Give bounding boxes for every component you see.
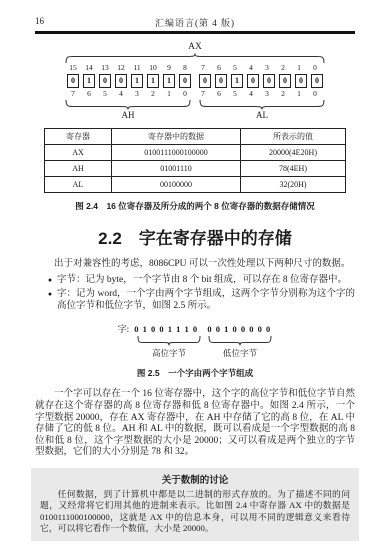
al-group: AL: [199, 100, 325, 120]
fig24-table: 寄存器 寄存器中的数据 所表示的值 AX 0100111000100000 20…: [44, 128, 346, 193]
low-byte-label: 低位字节: [208, 347, 272, 359]
cell-data: 00100000: [112, 176, 241, 192]
bit-index: 6: [211, 89, 227, 99]
bit-index: 8: [177, 63, 193, 73]
bit-index: 5: [227, 89, 243, 99]
bit-cell: 1: [163, 74, 175, 88]
high-byte-brace: [137, 336, 201, 346]
cell-register: AL: [45, 176, 112, 192]
bit-cell: 1: [83, 74, 95, 88]
fig24-caption: 图 2.4 16 位寄存器及所分成的两个 8 位寄存器的数据存储情况: [35, 200, 355, 212]
ah-group: AH: [65, 100, 191, 120]
bullet-list: ● 字节：记为 byte，一个字节由 8 个 bit 组成，可以存在 8 位寄存…: [35, 275, 355, 312]
col-header-value: 所表示的值: [241, 128, 346, 144]
bit-index: 0: [307, 63, 323, 73]
fig25-caption: 图 2.5 一个字由两个字节组成: [35, 367, 355, 379]
bit-cell: 0: [247, 74, 259, 88]
bit-cell: 0: [199, 74, 211, 88]
word-bit: 0: [264, 324, 272, 334]
bit-index: 7: [195, 89, 211, 99]
cell-value: 32(20H): [241, 176, 346, 192]
bit-cell: 0: [215, 74, 227, 88]
number-system-note-box: 关于数制的讨论 任何数据，到了计算机中都是以二进制的形式存放的。为了描述不同的问…: [31, 468, 359, 541]
bit-cell: 0: [67, 74, 79, 88]
bit-index: 1: [161, 89, 177, 99]
figure-2-4: AX 1514131211109876543210 01001110001000…: [35, 42, 355, 212]
bullet-icon: ●: [43, 289, 57, 312]
bit-index: 7: [195, 63, 211, 73]
bit-index: 0: [177, 89, 193, 99]
word-bit: 1: [166, 324, 174, 334]
figure-2-5: 字: 0100111000100000 高位字节 低位字节: [35, 322, 355, 379]
word-bit: 0: [132, 324, 140, 334]
bit-cell: 0: [115, 74, 127, 88]
paragraph-1: 出于对兼容性的考虑，8086CPU 可以一次性处理以下两种尺寸的数据。: [35, 259, 355, 271]
bit-index: 10: [145, 63, 161, 73]
bit-index-row-bottom: 7654321076543210: [65, 89, 325, 99]
ah-register-label: AH: [65, 110, 191, 120]
table-row-ax: AX 0100111000100000 20000(4E20H): [45, 144, 346, 160]
cell-value: 20000(4E20H): [241, 144, 346, 160]
running-header: 16 汇编语言(第 4 版): [35, 0, 355, 34]
word-bit: 0: [239, 324, 247, 334]
bit-index: 1: [291, 63, 307, 73]
list-item: ● 字节：记为 byte，一个字节由 8 个 bit 组成，可以存在 8 位寄存…: [35, 275, 355, 287]
header-rule: [35, 31, 355, 34]
bit-index: 15: [65, 63, 81, 73]
word-bit: 0: [256, 324, 264, 334]
note-box-body: 任何数据，到了计算机中都是以二进制的形式存放的。为了描述不同的问题，又经常将它们…: [40, 489, 350, 535]
col-header-data: 寄存器中的数据: [112, 128, 241, 144]
section-title: 2.2 字在寄存器中的存储: [35, 224, 355, 249]
paragraph-2: 一个字可以存在一个 16 位寄存器中，这个字的高位字节和低位字节自然就存在这个寄…: [35, 389, 355, 459]
cell-register: AX: [45, 144, 112, 160]
bit-cell-row: 0100111000100000: [65, 74, 325, 88]
bit-index: 4: [243, 63, 259, 73]
bit-index: 3: [259, 63, 275, 73]
bit-index: 2: [145, 89, 161, 99]
bullet-icon: ●: [43, 275, 57, 287]
bit-cell: 0: [179, 74, 191, 88]
ax-register-label: AX: [65, 42, 325, 52]
bit-index: 2: [275, 89, 291, 99]
bit-index: 7: [65, 89, 81, 99]
bit-index: 12: [113, 63, 129, 73]
word-bit: 1: [174, 324, 182, 334]
bit-cell: 0: [99, 74, 111, 88]
bit-cell: 0: [263, 74, 275, 88]
ax-brace: [65, 53, 325, 63]
bit-index: 4: [243, 89, 259, 99]
word-bit: 1: [141, 324, 149, 334]
list-item-text: 字节：记为 byte，一个字节由 8 个 bit 组成，可以存在 8 位寄存器中…: [57, 275, 355, 287]
bit-index: 5: [97, 89, 113, 99]
bit-index: 0: [307, 89, 323, 99]
cell-data: 01001110: [112, 160, 241, 176]
high-byte-label: 高位字节: [137, 347, 201, 359]
bit-index-row-top: 1514131211109876543210: [65, 63, 325, 73]
running-header-title: 汇编语言(第 4 版): [35, 16, 355, 29]
word-bit: 1: [182, 324, 190, 334]
word-bit: 0: [214, 324, 222, 334]
word-bit: 0: [157, 324, 165, 334]
word-label: 字:: [118, 322, 130, 335]
bit-index: 13: [97, 63, 113, 73]
col-header-register: 寄存器: [45, 128, 112, 144]
word-bit: 0: [191, 324, 199, 334]
al-register-label: AL: [199, 110, 325, 120]
bit-index: 1: [291, 89, 307, 99]
high-byte-group: 高位字节: [137, 336, 201, 359]
bit-index: 3: [129, 89, 145, 99]
bit-index: 14: [81, 63, 97, 73]
low-byte-group: 低位字节: [208, 336, 272, 359]
word-bit: 0: [149, 324, 157, 334]
note-box-title: 关于数制的讨论: [40, 472, 350, 486]
word-bit: 0: [247, 324, 255, 334]
bit-index: 4: [113, 89, 129, 99]
bit-index: 6: [211, 63, 227, 73]
bit-cell: 0: [311, 74, 323, 88]
word-bit: 0: [230, 324, 238, 334]
table-row-al: AL 00100000 32(20H): [45, 176, 346, 192]
bit-cell: 0: [279, 74, 291, 88]
bit-index: 3: [259, 89, 275, 99]
low-byte-brace: [208, 336, 272, 346]
bit-index: 5: [227, 63, 243, 73]
list-item: ● 字：记为 word，一个字由两个字节组成，这两个字节分别称为这个字的高位字节…: [35, 289, 355, 312]
bit-cell: 1: [231, 74, 243, 88]
book-page: 16 汇编语言(第 4 版) AX 1514131211109876543210…: [0, 0, 390, 546]
word-bit-row: 0100111000100000: [132, 324, 272, 334]
bit-index: 11: [129, 63, 145, 73]
bit-index: 6: [81, 89, 97, 99]
bit-index: 2: [275, 63, 291, 73]
bit-cell: 1: [131, 74, 143, 88]
table-header-row: 寄存器 寄存器中的数据 所表示的值: [45, 128, 346, 144]
word-bit: 0: [205, 324, 213, 334]
al-brace: [199, 100, 325, 110]
register-diagram: AX 1514131211109876543210 01001110001000…: [65, 42, 325, 120]
cell-data: 0100111000100000: [112, 144, 241, 160]
word-bit: 1: [222, 324, 230, 334]
list-item-text: 字：记为 word，一个字由两个字节组成，这两个字节分别称为这个字的高位字节和低…: [57, 289, 355, 312]
cell-register: AH: [45, 160, 112, 176]
bit-cell: 1: [147, 74, 159, 88]
bit-cell: 0: [295, 74, 307, 88]
bit-index: 9: [161, 63, 177, 73]
ah-brace: [65, 100, 191, 110]
table-row-ah: AH 01001110 78(4EH): [45, 160, 346, 176]
cell-value: 78(4EH): [241, 160, 346, 176]
word-diagram: 字: 0100111000100000 高位字节 低位字节: [115, 322, 275, 359]
